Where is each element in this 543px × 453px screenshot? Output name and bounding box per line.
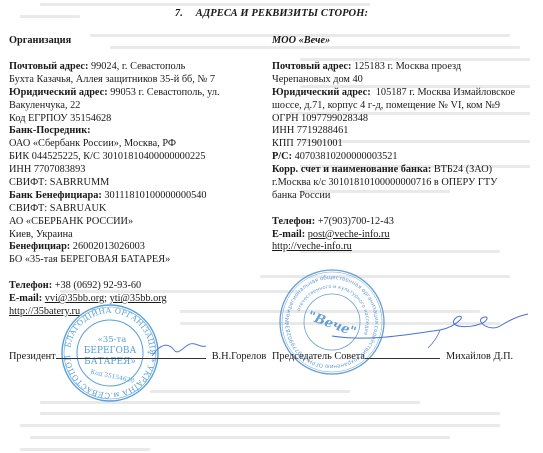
right-corr-account-cont: г.Москва к/с 30101810100000000716 в ОПЕР… xyxy=(272,177,543,190)
right-email: E-mail: post@veche-info.ru xyxy=(272,229,543,242)
left-party-name: Организация xyxy=(9,35,271,48)
left-intermediary-bank-label: Банк-Посредник: xyxy=(9,125,271,138)
left-email: E-mail: vvi@35bb.org; yti@35bb.org xyxy=(9,293,271,306)
right-signatory-title: Председатель Совета xyxy=(272,351,365,362)
left-intermediary-bank-name: ОАО «Сбербанк России», Москва, РФ xyxy=(9,138,271,151)
left-egrpou: Код ЕГРПОУ 35154628 xyxy=(9,113,271,126)
left-legal-address-cont: Вакуленчука, 22 xyxy=(9,100,271,113)
right-phone: Телефон: +7(903)700-12-43 xyxy=(272,216,543,229)
left-beneficiary: Бенефициар: 26002013026003 xyxy=(9,241,271,254)
right-corr-account: Корр. счет и наименование банка: ВТБ24 (… xyxy=(272,164,543,177)
right-legal-address: Юридический адрес: 105187 г. Москва Изма… xyxy=(272,87,543,100)
left-beneficiary-bank-name: АО «СБЕРБАНК РОССИИ» xyxy=(9,216,271,229)
svg-text:"Вече": "Вече" xyxy=(306,309,358,340)
left-legal-address: Юридический адрес: 99053 г. Севастополь,… xyxy=(9,87,271,100)
left-phone: Телефон: +38 (0692) 92-93-60 xyxy=(9,280,271,293)
right-legal-address-cont: шоссе, д.71, корпус 4 г-д, помещение № V… xyxy=(272,100,543,113)
right-ogrn: ОГРН 1097799028348 xyxy=(272,113,543,126)
right-signatory-name: Михайлов Д.П. xyxy=(446,351,513,362)
left-postal-address-cont: Бухта Казачья, Аллея защитников 35-й бб,… xyxy=(9,74,271,87)
right-website: http://veche-info.ru xyxy=(272,241,543,254)
right-signature-icon xyxy=(330,306,530,351)
left-beneficiary-bank-city: Киев, Украина xyxy=(9,229,271,242)
left-signatory-name: В.Н.Горелов xyxy=(212,351,267,362)
left-website-link[interactable]: http://35batery.ru xyxy=(9,306,80,317)
section-number: 7. xyxy=(175,8,183,19)
left-signature-line: ПрезидентВ.Н.Горелов xyxy=(9,349,266,364)
right-inn: ИНН 7719288461 xyxy=(272,125,543,138)
svg-text:Код 35154628: Код 35154628 xyxy=(90,368,135,384)
right-kpp: КПП 771901001 xyxy=(272,138,543,151)
right-corr-account-cont2: банка России xyxy=(272,190,543,203)
right-email-link[interactable]: post@veche-info.ru xyxy=(308,229,390,240)
left-email-link-1[interactable]: vvi@35bb.org xyxy=(45,293,104,304)
left-postal-address: Почтовый адрес: 99024, г. Севастополь xyxy=(9,61,271,74)
left-website: http://35batery.ru xyxy=(9,306,271,319)
left-intermediary-inn: ИНН 7707083893 xyxy=(9,164,271,177)
left-intermediary-swift: СВИФТ: SABRRUMM xyxy=(9,177,271,190)
right-party-details: МОО «Вече» Почтовый адрес: 125183 г. Мос… xyxy=(272,35,543,254)
svg-text:отечественного и культурного н: отечественного и культурного наследия xyxy=(296,284,370,336)
right-signature-line: Председатель СоветаМихайлов Д.П. xyxy=(272,349,513,364)
left-beneficiary-bank: Банк Бенефициара: 30111810100000000540 xyxy=(9,190,271,203)
right-account: Р/С: 40703810200000003521 xyxy=(272,151,543,164)
right-website-link[interactable]: http://veche-info.ru xyxy=(272,241,352,252)
right-party-name: МОО «Вече» xyxy=(272,35,543,48)
right-postal-address-cont: Черепановых дом 40 xyxy=(272,74,543,87)
right-postal-address: Почтовый адрес: 125183 г. Москва проезд xyxy=(272,61,543,74)
left-beneficiary-name: БО «35-тая БЕРЕГОВАЯ БАТАРЕЯ» xyxy=(9,254,271,267)
svg-text:«35-та: «35-та xyxy=(98,335,127,345)
section-title: АДРЕСА И РЕКВИЗИТЫ СТОРОН: xyxy=(196,8,368,19)
left-signatory-title: Президент xyxy=(9,351,56,362)
left-intermediary-bik: БИК 044525225, К/С 30101810400000000225 xyxy=(9,151,271,164)
left-email-link-2[interactable]: yti@35bb.org xyxy=(110,293,167,304)
left-beneficiary-swift: СВИФТ: SABRUAUK xyxy=(9,203,271,216)
section-heading: 7. АДРЕСА И РЕКВИЗИТЫ СТОРОН: xyxy=(0,8,543,21)
left-party-details: Организация Почтовый адрес: 99024, г. Се… xyxy=(9,35,271,319)
